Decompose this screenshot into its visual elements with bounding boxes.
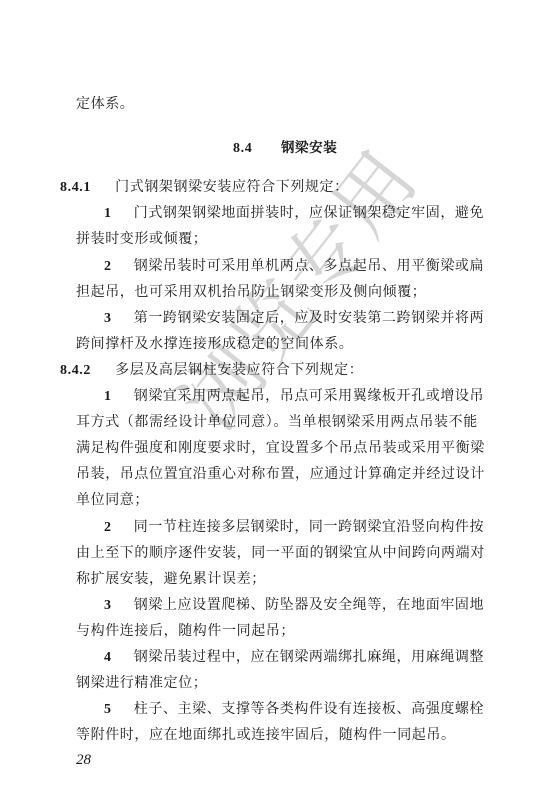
document-page: 浏览专用 定体系。 8.4 钢梁安装 8.4.1 门式钢架钢梁安装应符合下列规定… bbox=[0, 0, 551, 790]
clause-8-4-1: 8.4.1 门式钢架钢梁安装应符合下列规定： bbox=[60, 177, 349, 198]
item-number: 4 bbox=[104, 650, 112, 665]
item-text-cont: 由上至下的顺序逐件安装，同一平面的钢梁宜从中间跨向两端对 bbox=[76, 543, 485, 563]
item-text-cont: 等附件时，应在地面绑扎或连接牢固后，随构件一同起吊。 bbox=[76, 725, 456, 745]
item-text: 柱子、主梁、支撑等各类构件设有连接板、高强度螺栓 bbox=[134, 701, 484, 717]
list-item: 3 钢梁上应设置爬梯、防坠器及安全绳等，在地面牢固地 bbox=[104, 595, 484, 616]
item-number: 2 bbox=[104, 520, 112, 535]
list-item: 1 门式钢架钢梁地面拼装时，应保证钢架稳定牢固，避免 bbox=[104, 203, 484, 224]
item-number: 3 bbox=[104, 311, 112, 326]
item-text: 钢梁吊装时可采用单机两点、多点起吊、用平衡梁或扁 bbox=[134, 258, 484, 274]
section-title: 钢梁安装 bbox=[281, 140, 337, 156]
clause-text: 多层及高层钢柱安装应符合下列规定： bbox=[115, 362, 363, 378]
clause-number: 8.4.2 bbox=[60, 363, 91, 378]
item-text-cont: 单位同意； bbox=[76, 490, 149, 510]
section-heading: 8.4 钢梁安装 bbox=[233, 138, 337, 159]
item-text-cont: 耳方式（都需经设计单位同意）。当单根钢梁采用两点吊装不能 bbox=[76, 412, 478, 432]
item-number: 3 bbox=[104, 598, 112, 613]
item-number: 5 bbox=[104, 702, 112, 717]
item-number: 1 bbox=[104, 389, 112, 404]
item-number: 2 bbox=[104, 259, 112, 274]
item-number: 1 bbox=[104, 206, 112, 221]
item-text-cont: 拼装时变形或倾覆； bbox=[76, 229, 207, 249]
item-text: 钢梁吊装过程中，应在钢梁两端绑扎麻绳，用麻绳调整 bbox=[134, 649, 484, 665]
section-number: 8.4 bbox=[233, 141, 252, 156]
item-text-cont: 称扩展安装，避免累计误差； bbox=[76, 569, 266, 589]
list-item: 2 同一节柱连接多层钢梁时，同一跨钢梁宜沿竖向构件按 bbox=[104, 517, 484, 538]
item-text: 第一跨钢梁安装固定后，应及时安装第二跨钢梁并将两 bbox=[134, 310, 484, 326]
item-text-cont: 与构件连接后，随构件一同起吊； bbox=[76, 621, 295, 641]
item-text: 门式钢架钢梁地面拼装时，应保证钢架稳定牢固，避免 bbox=[134, 205, 484, 221]
list-item: 1 钢梁宜采用两点起吊，吊点可采用翼缘板开孔或增设吊 bbox=[104, 386, 484, 407]
clause-number: 8.4.1 bbox=[60, 180, 91, 195]
continuation-text: 定体系。 bbox=[76, 94, 134, 114]
item-text-cont: 吊装，吊点位置宜沿重心对称布置，应通过计算确定并经过设计 bbox=[76, 464, 485, 484]
item-text-cont: 担起吊，也可采用双机抬吊防止钢梁变形及侧向倾覆； bbox=[76, 282, 426, 302]
item-text: 钢梁宜采用两点起吊，吊点可采用翼缘板开孔或增设吊 bbox=[134, 388, 484, 404]
item-text: 同一节柱连接多层钢梁时，同一跨钢梁宜沿竖向构件按 bbox=[134, 519, 484, 535]
item-text-cont: 跨间撑杆及水撑连接形成稳定的空间体系。 bbox=[76, 334, 353, 354]
list-item: 2 钢梁吊装时可采用单机两点、多点起吊、用平衡梁或扁 bbox=[104, 256, 484, 277]
item-text-cont: 钢梁进行精准定位； bbox=[76, 673, 207, 693]
clause-8-4-2: 8.4.2 多层及高层钢柱安装应符合下列规定： bbox=[60, 360, 363, 381]
item-text-cont: 满足构件强度和刚度要求时，宜设置多个吊点吊装或采用平衡梁 bbox=[76, 438, 485, 458]
page-number: 28 bbox=[76, 752, 91, 769]
list-item: 3 第一跨钢梁安装固定后，应及时安装第二跨钢梁并将两 bbox=[104, 308, 484, 329]
list-item: 5 柱子、主梁、支撑等各类构件设有连接板、高强度螺栓 bbox=[104, 699, 484, 720]
list-item: 4 钢梁吊装过程中，应在钢梁两端绑扎麻绳，用麻绳调整 bbox=[104, 647, 484, 668]
item-text: 钢梁上应设置爬梯、防坠器及安全绳等，在地面牢固地 bbox=[134, 597, 484, 613]
clause-text: 门式钢架钢梁安装应符合下列规定： bbox=[115, 179, 349, 195]
